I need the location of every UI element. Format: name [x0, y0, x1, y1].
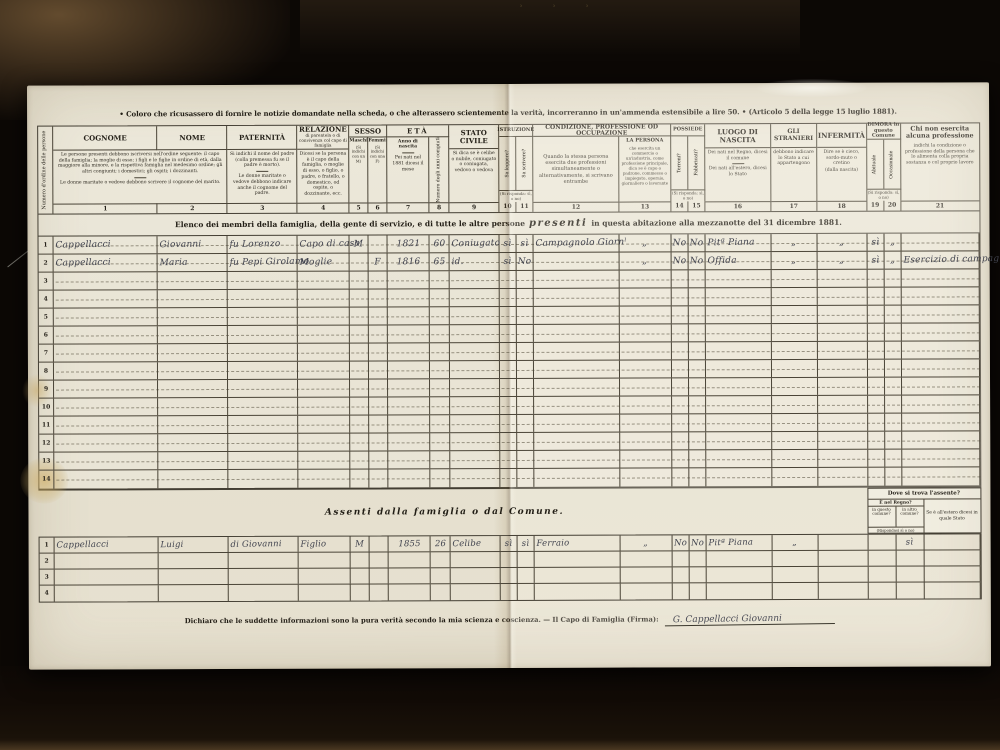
cell-stato [451, 568, 501, 583]
cell-w2 [896, 567, 924, 582]
anno-label: Anno di nascita [389, 139, 426, 151]
femmine-label: Femmine (Si indichi con una F) [368, 137, 386, 202]
cell-c12: Campagnolo Giornˡ [533, 235, 619, 252]
cell-docc [885, 450, 902, 467]
cell-leg: sì [500, 253, 517, 270]
absent-section: Assenti dalla famiglia o dal Comune. Dov… [38, 487, 981, 602]
cell-stato: Coniugato [450, 235, 500, 252]
cell-pat [228, 290, 298, 307]
cell-c12 [534, 361, 620, 378]
handwritten-entry: 65 [433, 257, 445, 267]
cell-sf [369, 415, 388, 432]
cell-rel [298, 452, 350, 469]
cell-luogo [705, 288, 771, 305]
cell-dab [868, 396, 885, 413]
column-nome-title: NOME [158, 126, 228, 150]
cell-sm [350, 397, 369, 414]
cell-pat [229, 569, 299, 584]
cell-c13 [620, 468, 672, 486]
cell-sf [369, 361, 388, 378]
cell-docc [884, 306, 901, 323]
handwritten-entry: sì [503, 257, 511, 267]
cell-scr [517, 397, 534, 414]
column-number: 18 [817, 201, 866, 211]
cell-luogo: Offida [705, 252, 771, 269]
cell-rel [298, 362, 350, 379]
cell-pat: fu Pepi Girolamo [228, 254, 298, 271]
cell-w1 [868, 535, 896, 550]
cell-nome [159, 553, 229, 568]
anni-label: Numero degli anni compiuti [436, 137, 441, 202]
cell-stra [771, 288, 817, 305]
cell-docc [885, 468, 902, 486]
cell-c13: „ [619, 252, 671, 269]
cell-dab: sì [867, 252, 884, 269]
cell-sf [369, 433, 388, 450]
handwritten-entry: sì [503, 239, 511, 249]
cell-anni [430, 307, 450, 324]
cell-c12 [534, 379, 620, 396]
cell-inf [818, 342, 868, 359]
cell-rel [298, 416, 350, 433]
row-number: 9 [39, 381, 55, 398]
row-number: 5 [38, 309, 54, 326]
cell-cognome [54, 344, 158, 361]
cell-anno [388, 271, 430, 288]
cell-rel [298, 398, 350, 415]
luogo-title: LUOGO DI NASCITA [705, 124, 770, 148]
cell-scr: sì [517, 235, 534, 252]
cell-sf [369, 469, 388, 487]
cell-anno: 1855 [389, 536, 431, 551]
handwritten-entry: F [374, 257, 381, 267]
cell-rel [299, 470, 351, 488]
census-table: Numero d'ordine delle persone COGNOME NO… [37, 122, 981, 490]
column-number: 11 [516, 202, 533, 212]
cell-c13 [620, 288, 672, 305]
la-persona-note: che esercita un commercio o un'industria… [619, 143, 670, 201]
cell-anni [431, 568, 451, 583]
handwritten-entry: Cappellacci [56, 240, 112, 251]
cell-nome [158, 290, 228, 307]
cell-c12 [534, 271, 620, 288]
infermita-note-2: (dalla nascita) [819, 168, 864, 174]
handwritten-entry: Celibe [452, 539, 481, 549]
cell-rel [299, 569, 351, 584]
handwritten-entry: M [355, 539, 364, 549]
condizione-title: CONDIZIONE, PROFESSIONE OD OCCUPAZIONE [533, 124, 671, 136]
cell-anno [388, 307, 430, 324]
cell-fab [689, 450, 706, 467]
cell-leg [500, 379, 517, 396]
handwritten-entry: Coniugato [451, 238, 500, 249]
cell-c13 [620, 450, 672, 467]
column-anno-nascita: Anno di nascita Pei nati nel 1881 dicesi… [387, 137, 429, 213]
cell-sf [369, 271, 388, 288]
table-row: 4 [39, 582, 980, 601]
cell-stato [450, 361, 500, 378]
eta-title: ETÀ [387, 125, 449, 137]
cell-leg [500, 361, 517, 378]
chi-non-title: Chi non esercita alcuna professione [901, 123, 979, 141]
names-note-2: Le donne maritate o vedove debbono scriv… [56, 180, 225, 186]
cell-scr [517, 379, 534, 396]
cell-anno [388, 415, 430, 432]
cell-chi [902, 449, 980, 466]
column-number: 6 [369, 202, 387, 212]
handwritten-entry: Ferraio [536, 538, 569, 549]
cell-ter [672, 360, 689, 377]
cell-stra [772, 551, 818, 566]
cell-cognome [55, 569, 159, 584]
handwritten-entry: 1855 [398, 539, 421, 549]
handwritten-entry: 60 [433, 239, 445, 249]
cell-chi [901, 233, 979, 250]
sesso-title: SESSO [349, 125, 387, 137]
cell-scr [517, 343, 534, 360]
cell-pat [228, 434, 298, 451]
column-group-dimora: DIMORA in questo Comune Abituale Occasio… [867, 124, 901, 211]
where-altro-comune: in altro comune? [896, 507, 923, 527]
cell-dab [868, 378, 885, 395]
cell-rel [298, 308, 350, 325]
column-femmine: Femmine (Si indichi con una F) 6 [368, 137, 387, 212]
cell-cognome [54, 362, 158, 379]
where-title: Dove si trova l'assente? [868, 488, 980, 499]
cell-inf [818, 567, 868, 582]
handwritten-entry: sì [522, 539, 530, 549]
cell-luogo [706, 450, 772, 467]
cell-leg [500, 415, 517, 432]
cell-stato [450, 325, 500, 342]
stranieri-note: debbono indicare lo Stato a cui apparten… [771, 148, 816, 201]
row-number: 12 [39, 435, 55, 452]
handwritten-entry: Pitª Piana [707, 237, 754, 248]
handwritten-entry: 1816 [396, 257, 420, 267]
column-number: 4 [298, 203, 349, 213]
cell-stra [772, 378, 818, 395]
cell-ter [672, 432, 689, 449]
istruzione-title: ISTRUZIONE [499, 125, 533, 137]
cell-sf [369, 325, 388, 342]
cell-ter: No [671, 234, 688, 251]
row-number: 1 [39, 538, 55, 553]
handwritten-entry: „ [890, 238, 895, 248]
handwritten-entry: No [689, 238, 703, 248]
absent-rows: 1CappellacciLuigidi GiovanniFiglioM18552… [38, 533, 981, 602]
cell-scr: No [517, 253, 534, 270]
cell-anni [430, 271, 450, 288]
cell-pat [229, 470, 299, 488]
column-number: 5 [350, 202, 368, 212]
cell-c13 [621, 583, 673, 599]
cell-dab [867, 306, 884, 323]
cell-sf [369, 307, 388, 324]
cell-anno [388, 289, 430, 306]
cell-inf: „ [817, 252, 867, 269]
cell-docc [885, 360, 902, 377]
column-stranieri: GLI STRANIERI debbono indicare lo Stato … [771, 124, 817, 211]
cell-inf [817, 270, 867, 287]
cell-pat [228, 380, 298, 397]
cell-leg [501, 584, 518, 600]
cell-w3 [924, 566, 980, 581]
column-professione: Quando la stessa persona esercita due pr… [533, 137, 619, 212]
row-number: 14 [39, 471, 55, 489]
cell-scr [518, 552, 535, 567]
cell-chi [902, 431, 980, 448]
handwritten-entry: „ [643, 538, 648, 548]
cell-docc [885, 378, 902, 395]
cell-stato [450, 343, 500, 360]
cell-leg [500, 271, 517, 288]
cell-stato: Celibe [451, 536, 501, 551]
cell-anni [431, 552, 451, 567]
surface-scratch-marks: ˒ ˒ ˒ [520, 2, 602, 11]
cell-chi [902, 359, 980, 376]
cell-dab [868, 414, 885, 431]
photo-background: ˒ ˒ ˒ • Coloro che ricusassero di fornir… [0, 0, 1000, 750]
cell-inf [818, 450, 868, 467]
cell-sf [369, 343, 388, 360]
cell-c12 [534, 343, 620, 360]
cell-sm [350, 433, 369, 450]
cell-nome [158, 344, 228, 361]
cell-anni: 65 [430, 253, 450, 270]
cell-c13 [620, 414, 672, 431]
cell-fab [689, 432, 706, 449]
cell-stato [450, 415, 500, 432]
column-number: 10 [499, 202, 516, 212]
cell-inf [818, 583, 868, 599]
cell-cognome [55, 434, 159, 451]
cell-scr [517, 271, 534, 288]
column-dimora-abituale: Abituale [867, 140, 884, 189]
cell-luogo [707, 583, 773, 599]
cell-sf [369, 451, 388, 468]
cell-fab [688, 270, 705, 287]
row-number: 13 [39, 453, 55, 470]
cell-c12 [534, 451, 620, 468]
cell-ter [672, 324, 689, 341]
row-number: 4 [38, 291, 54, 308]
handwritten-entry: „ [642, 238, 647, 248]
cell-sm [350, 469, 369, 487]
cell-sf [369, 397, 388, 414]
cell-luogo [706, 567, 772, 582]
femmine-note: (Si indichi con una F) [368, 145, 386, 164]
paternita-note: Si indichi il nome del padre (colla prem… [228, 150, 297, 203]
column-la-persona: LA PERSONA che esercita un commercio o u… [619, 136, 671, 211]
cell-anni [430, 289, 450, 306]
cell-inf [818, 378, 868, 395]
dimora-risponda-note: (Si risponda: sì, o no) [867, 189, 901, 201]
present-section-title: Elenco dei membri della famiglia, della … [38, 211, 979, 236]
row-number: 3 [38, 273, 54, 290]
signature: G. Cappellacci Giovanni [665, 613, 835, 626]
cell-inf [818, 535, 868, 550]
handwritten-entry: „ [791, 238, 796, 248]
cell-luogo [706, 551, 772, 566]
column-group-eta: ETÀ Anno di nascita Pei nati nel 1881 di… [387, 125, 449, 212]
cell-cognome [55, 585, 159, 601]
cell-rel [298, 326, 350, 343]
luogo-note: Dei nati nel Regno, dicesi il comune Dei… [705, 148, 770, 201]
row-number: 8 [38, 363, 54, 380]
cell-sm [350, 361, 369, 378]
cell-anni: 60 [430, 235, 450, 252]
column-dimora-occasionale: Occasionale [884, 140, 901, 189]
where-box: Dove si trova l'assente? È nel Regno? in… [867, 487, 981, 533]
cell-ter [671, 270, 688, 287]
cell-w2: sì [896, 535, 924, 550]
cell-dab [867, 270, 884, 287]
handwritten-entry: id. [452, 257, 464, 267]
handwritten-entry: Esercizio di campagna [903, 254, 1000, 266]
dimora-title: DIMORA in questo Comune [867, 124, 901, 140]
cell-nome [158, 398, 228, 415]
cell-sf [369, 289, 388, 306]
cell-anni [431, 584, 451, 600]
infermita-note-1: Dire se è cieco, sordo-muto o cretino [819, 150, 864, 167]
cell-cognome [55, 416, 159, 433]
cell-sm [350, 307, 369, 324]
column-number: 12 [533, 202, 618, 212]
cell-leg [500, 325, 517, 342]
row-number: 2 [39, 554, 55, 569]
cell-docc [884, 270, 901, 287]
cell-inf [818, 468, 868, 486]
column-infermita: INFERMITÀ Dire se è cieco, sordo-muto o … [817, 124, 867, 211]
cell-sm [351, 552, 370, 567]
cell-rel [299, 553, 351, 568]
cell-cognome [54, 326, 158, 343]
cell-anno [388, 361, 430, 378]
chi-non-note: indichi la condizione o professione dell… [901, 141, 979, 200]
cell-luogo [706, 342, 772, 359]
cell-w1 [868, 567, 896, 582]
cell-anno [388, 379, 430, 396]
cell-stra [772, 583, 818, 599]
cell-dab [867, 324, 884, 341]
handwritten-entry: „ [890, 256, 895, 266]
cell-sf [370, 536, 389, 551]
cell-c12 [534, 289, 620, 306]
cell-cognome: Cappellacci [54, 236, 158, 253]
cell-nome [158, 272, 228, 289]
stato-title: STATO CIVILE [449, 125, 498, 149]
cell-c13 [620, 270, 672, 287]
relazione-note: Dicesi se la persona è il capo della fam… [298, 150, 349, 203]
present-title-pre: Elenco dei membri della famiglia, della … [175, 219, 525, 229]
cell-pat [229, 452, 299, 469]
cell-stato [450, 307, 500, 324]
cell-nome [159, 470, 229, 488]
cell-cognome [55, 470, 159, 488]
handwritten-entry: No [691, 538, 704, 548]
cell-fab [689, 551, 706, 566]
cell-cognome: Cappellacci [55, 537, 159, 552]
cell-rel [298, 272, 350, 289]
handwritten-entry: „ [642, 256, 647, 266]
cell-c12 [535, 552, 621, 567]
handwritten-entry: „ [839, 256, 844, 266]
row-number: 4 [39, 586, 55, 602]
cell-stra: „ [771, 234, 817, 251]
cell-fab [689, 468, 706, 486]
cell-stato [450, 289, 500, 306]
possiede-risponda-note: (Si risponda: sì, o no) [671, 190, 705, 202]
row-number-label: Numero d'ordine delle persone [42, 131, 48, 210]
column-group-possiede: POSSIEDE Terreni? Fabbricati? (Si rispon… [671, 124, 705, 211]
cell-c13 [620, 306, 672, 323]
cell-pat [228, 326, 298, 343]
cell-leg: sì [501, 536, 518, 551]
cell-inf [817, 324, 867, 341]
cell-luogo [706, 360, 772, 377]
anno-note: Anno di nascita Pei nati nel 1881 dicesi… [387, 137, 428, 203]
table-row: 14 [39, 467, 980, 488]
cell-docc [884, 342, 901, 359]
cell-anno [389, 584, 431, 600]
present-title-keyword: presenti [529, 218, 587, 229]
cell-luogo [706, 432, 772, 449]
handwritten-entry: sì [871, 256, 879, 266]
stranieri-title: GLI STRANIERI [771, 124, 816, 148]
column-relazione: RELAZIONE di parentela o di convivenza c… [297, 126, 349, 213]
cell-anni [430, 433, 450, 450]
relazione-subtitle: di parentela o di convivenza col capo di… [297, 134, 348, 149]
absent-section-title: Assenti dalla famiglia o dal Comune. [38, 506, 851, 519]
cell-c12 [534, 397, 620, 414]
handwritten-entry: 26 [434, 539, 445, 549]
column-number: 16 [705, 201, 770, 211]
handwritten-entry: No [672, 238, 686, 248]
cell-inf [817, 306, 867, 323]
row-number: 2 [38, 255, 54, 272]
column-sa-scrivere: Sa scrivere? [516, 137, 533, 190]
cell-luogo: Pitª Piana [706, 535, 772, 550]
cell-ter [672, 567, 689, 582]
cell-leg [500, 397, 517, 414]
present-title-post: in questa abitazione alla mezzanotte del… [591, 218, 842, 228]
cell-scr: sì [518, 536, 535, 551]
row-number: 11 [39, 417, 55, 434]
cell-nome: Giovanni [158, 236, 228, 253]
handwritten-entry: Offida [707, 256, 736, 267]
cell-rel [298, 290, 350, 307]
cell-nome: Luigi [159, 537, 229, 552]
cell-stato [451, 552, 501, 567]
cell-pat [228, 272, 298, 289]
handwritten-entry: Moglie [300, 257, 333, 268]
cell-stra [772, 414, 818, 431]
cell-stato [450, 271, 500, 288]
cell-chi [902, 395, 980, 412]
cell-sm [350, 289, 369, 306]
cell-chi [901, 305, 979, 322]
cell-sf [369, 379, 388, 396]
cell-c12 [534, 469, 620, 487]
cell-anno [388, 343, 430, 360]
cell-luogo: Pitª Piana [705, 234, 771, 251]
infermita-title: INFERMITÀ [817, 124, 866, 148]
cell-anno [388, 325, 430, 342]
cell-sf: F [369, 253, 388, 270]
cell-stato [450, 433, 500, 450]
cell-anno [388, 451, 430, 468]
column-number: 2 [158, 203, 228, 213]
